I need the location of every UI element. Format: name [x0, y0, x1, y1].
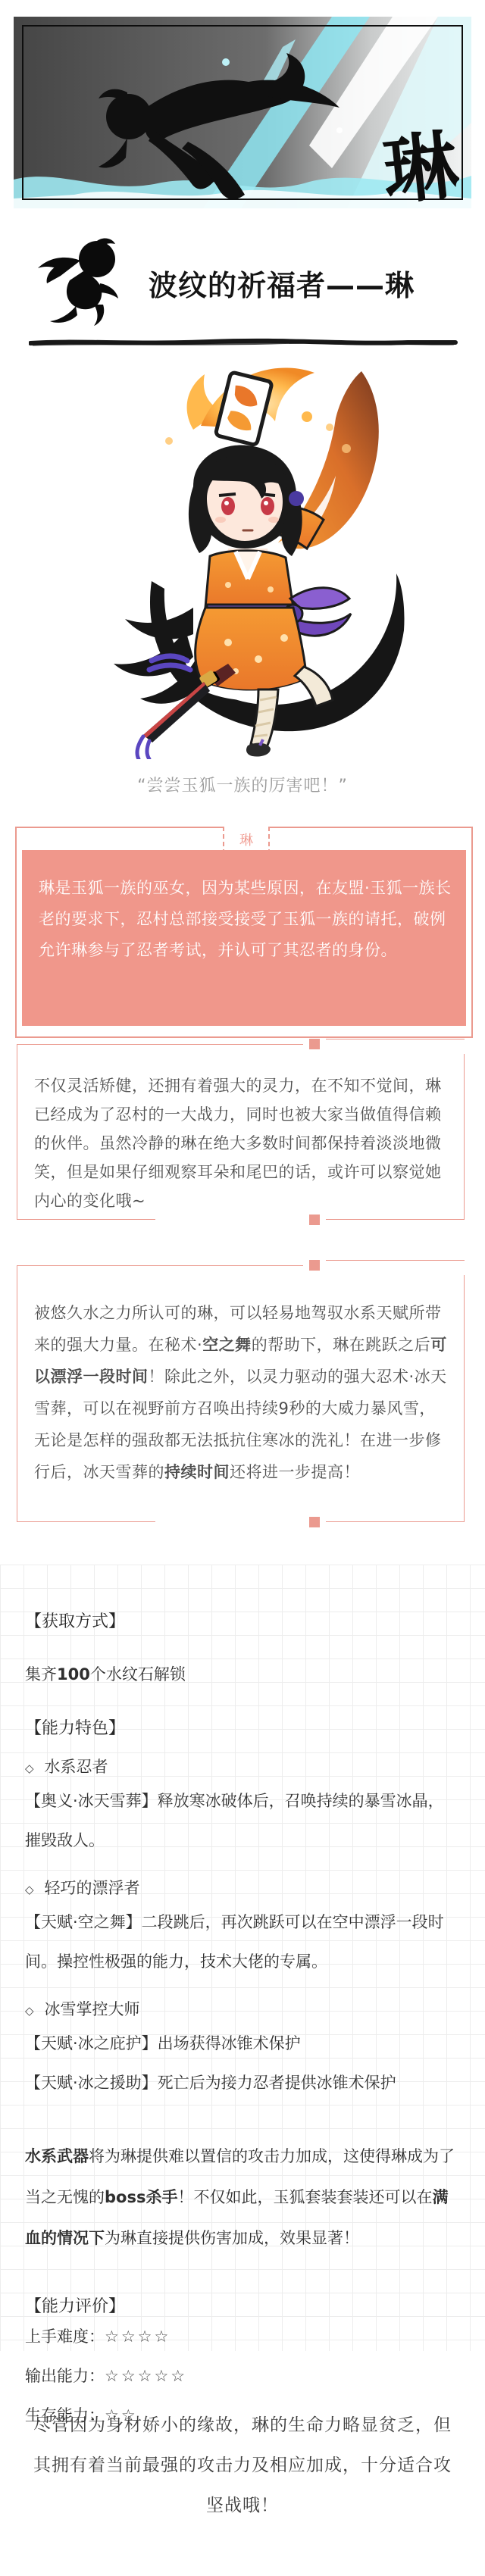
- star-rating: ☆☆☆☆☆: [105, 2367, 187, 2385]
- skirt: [196, 608, 307, 701]
- rating-label: 输出能力：: [25, 2367, 105, 2385]
- ability-desc: 【奥义·冰天雪葬】释放寒冰破体后，召唤持续的暴雪冰晶，摧毁敌人。: [25, 1781, 458, 1860]
- star-rating: ☆☆☆☆: [105, 2327, 171, 2346]
- flame-talisman: [165, 367, 333, 445]
- sandal: [246, 743, 271, 757]
- card-deco-square-top: [309, 1039, 320, 1049]
- diamond-bullet-icon: ◇: [25, 2004, 34, 2018]
- card-border-right: [464, 1054, 465, 1220]
- trait-card-personality: 不仅灵活矫健，还拥有着强大的灵力，在不知不觉间，琳已经成为了忍村的一大战力，同时…: [17, 1044, 465, 1220]
- card-border-right: [464, 1275, 465, 1522]
- ninja-banner-art: 琳: [14, 17, 471, 208]
- character-illustration: [80, 358, 405, 759]
- card-deco-square-bottom: [309, 1215, 320, 1225]
- ability-title-label: 冰雪掌控大师: [45, 2000, 140, 2018]
- card-border-top: [17, 1265, 303, 1266]
- card-border-top-right: [326, 1260, 465, 1261]
- acquire-method: 集齐100个水纹石解锁: [25, 1662, 458, 1685]
- ability-title: ◇冰雪掌控大师: [25, 1996, 458, 2024]
- lin-artwork: [80, 358, 405, 759]
- rating-heading: 【能力评价】: [25, 2293, 458, 2317]
- card-border-bottom-left: [17, 1521, 155, 1522]
- page-header: 波纹的祈福者——琳: [0, 230, 485, 336]
- rating-label: 上手难度：: [25, 2327, 105, 2346]
- hand-drawn-underline: [29, 338, 458, 347]
- article-page: 琳 波纹的祈福者——琳: [0, 17, 485, 2576]
- trait-card-skills-text: 被悠久水之力所认可的琳，可以轻易地驾驭水系天赋所带来的强大力量。在秘术·空之舞的…: [17, 1265, 465, 1488]
- character-quote: “尝尝玉狐一族的厉害吧！”: [0, 773, 485, 796]
- ember: [302, 411, 312, 422]
- weapon-note: 水系武器将为琳提供难以置信的攻击力加成，这使得琳成为了当之无愧的boss杀手！不…: [25, 2136, 458, 2259]
- card-border-bottom-left: [17, 1219, 155, 1220]
- intro-card-text: 琳是玉狐一族的巫女，因为某些原因，在友盟·玉狐一族长老的要求下，忍村总部接受接受…: [22, 850, 466, 1026]
- torso: [205, 549, 293, 608]
- card-border-bottom: [326, 1521, 465, 1522]
- diamond-bullet-icon: ◇: [25, 1762, 34, 1775]
- ability-title-label: 轻巧的漂浮者: [45, 1879, 140, 1897]
- card-border-top-right: [326, 1039, 465, 1039]
- card-border-left: [17, 1044, 17, 1220]
- ability-title: ◇水系忍者: [25, 1754, 458, 1781]
- ofuda-talisman: [215, 372, 272, 445]
- trait-card-personality-text: 不仅灵活矫健，还拥有着强大的灵力，在不知不觉间，琳已经成为了忍村的一大战力，同时…: [17, 1044, 465, 1215]
- intro-card: 琳 琳是玉狐一族的巫女，因为某些原因，在友盟·玉狐一族长老的要求下，忍村总部接受…: [15, 827, 473, 1038]
- diamond-bullet-icon: ◇: [25, 1883, 34, 1896]
- card-deco-square-bottom: [309, 1517, 320, 1527]
- card-border-left: [17, 1265, 17, 1522]
- ability-desc: 【天赋·冰之援助】死亡后为接力忍者提供冰锥术保护: [25, 2063, 458, 2102]
- card-border-bottom: [326, 1219, 465, 1220]
- sword-tassel: [137, 736, 149, 759]
- acquire-heading: 【获取方式】: [25, 1608, 458, 1632]
- ability-title-label: 水系忍者: [45, 1758, 108, 1776]
- ability-desc: 【天赋·空之舞】二段跳后，再次跳跃可以在空中漂浮一段时间。操控性极强的能力，技术…: [25, 1902, 458, 1981]
- banner-calligraphy: 琳: [379, 121, 462, 208]
- trait-card-skills: 被悠久水之力所认可的琳，可以轻易地驾驭水系天赋所带来的强大力量。在秘术·空之舞的…: [17, 1265, 465, 1522]
- chibi-ninja-icon: [27, 238, 135, 327]
- card-deco-square-top: [309, 1260, 320, 1271]
- card-border-top: [17, 1044, 303, 1045]
- abilities-heading: 【能力特色】: [25, 1715, 458, 1739]
- head: [189, 445, 304, 556]
- ability-title: ◇轻巧的漂浮者: [25, 1875, 458, 1902]
- info-section: 【获取方式】 集齐100个水纹石解锁 【能力特色】 ◇水系忍者 【奥义·冰天雪葬…: [0, 1565, 485, 2351]
- banner-image: 琳: [14, 17, 471, 208]
- page-title: 波纹的祈福者——琳: [149, 262, 415, 304]
- ability-desc: 【天赋·冰之庇护】出场获得冰锥术保护: [25, 2024, 458, 2063]
- hair-ribbon: [289, 491, 304, 506]
